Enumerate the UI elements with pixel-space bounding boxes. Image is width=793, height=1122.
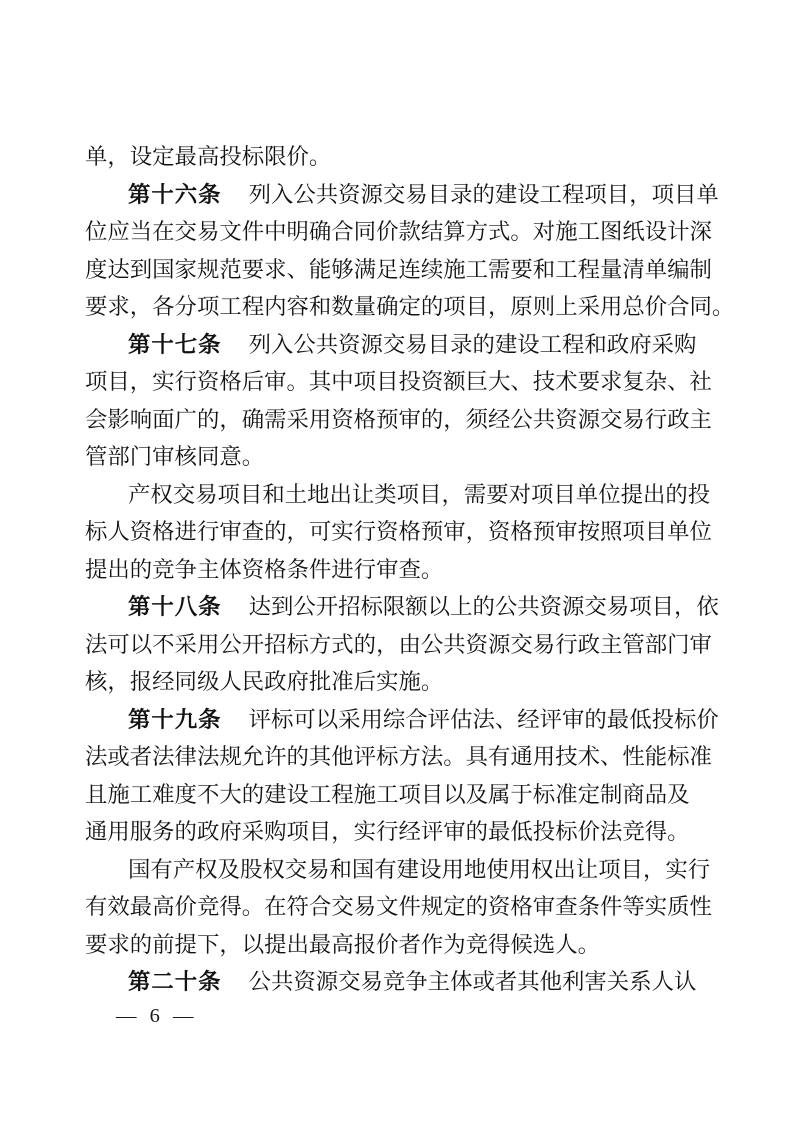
text-line: 第十七条列入公共资源交易目录的建设工程和政府采购 [85,326,725,364]
text-line: 单，设定最高投标限价。 [85,138,725,176]
text-line: 有效最高价竞得。在符合交易文件规定的资格审查条件等实质性 [85,888,725,926]
text-line: 第十八条达到公开招标限额以上的公共资源交易项目，依 [85,588,725,626]
text-line: 法可以不采用公开招标方式的，由公共资源交易行政主管部门审 [85,626,725,664]
text-line: 提出的竞争主体资格条件进行审查。 [85,551,725,589]
article-number: 第十六条 [128,182,222,207]
text-line: 要求的前提下，以提出最高报价者作为竞得候选人。 [85,926,725,964]
text-line: 法或者法律法规允许的其他评标方法。具有通用技术、性能标准 [85,738,725,776]
text-line: 产权交易项目和土地出让类项目，需要对项目单位提出的投 [85,476,725,514]
text-line: 第十六条列入公共资源交易目录的建设工程项目，项目单 [85,176,725,214]
text-line: 第二十条公共资源交易竞争主体或者其他利害关系人认 [85,963,725,1001]
text-line: 且施工难度不大的建设工程施工项目以及属于标准定制商品及 [85,776,725,814]
text-line: 项目，实行资格后审。其中项目投资额巨大、技术要求复杂、社 [85,363,725,401]
text-block: 单，设定最高投标限价。第十六条列入公共资源交易目录的建设工程项目，项目单位应当在… [85,138,725,1001]
article-number: 第二十条 [128,969,222,994]
text-line: 管部门审核同意。 [85,438,725,476]
text-line: 通用服务的政府采购项目，实行经评审的最低投标价法竞得。 [85,813,725,851]
text-line: 要求，各分项工程内容和数量确定的项目，原则上采用总价合同。 [85,288,725,326]
article-number: 第十七条 [128,332,222,357]
text-line: 核，报经同级人民政府批准后实施。 [85,663,725,701]
article-number: 第十九条 [128,707,222,732]
document-page: 单，设定最高投标限价。第十六条列入公共资源交易目录的建设工程项目，项目单位应当在… [0,0,793,1122]
page-number: — 6 — [116,1000,198,1032]
text-line: 度达到国家规范要求、能够满足连续施工需要和工程量清单编制 [85,251,725,289]
text-line: 国有产权及股权交易和国有建设用地使用权出让项目，实行 [85,851,725,889]
text-line: 第十九条评标可以采用综合评估法、经评审的最低投标价 [85,701,725,739]
text-line: 位应当在交易文件中明确合同价款结算方式。对施工图纸设计深 [85,213,725,251]
text-line: 会影响面广的，确需采用资格预审的，须经公共资源交易行政主 [85,401,725,439]
article-number: 第十八条 [128,594,222,619]
text-line: 标人资格进行审查的，可实行资格预审，资格预审按照项目单位 [85,513,725,551]
